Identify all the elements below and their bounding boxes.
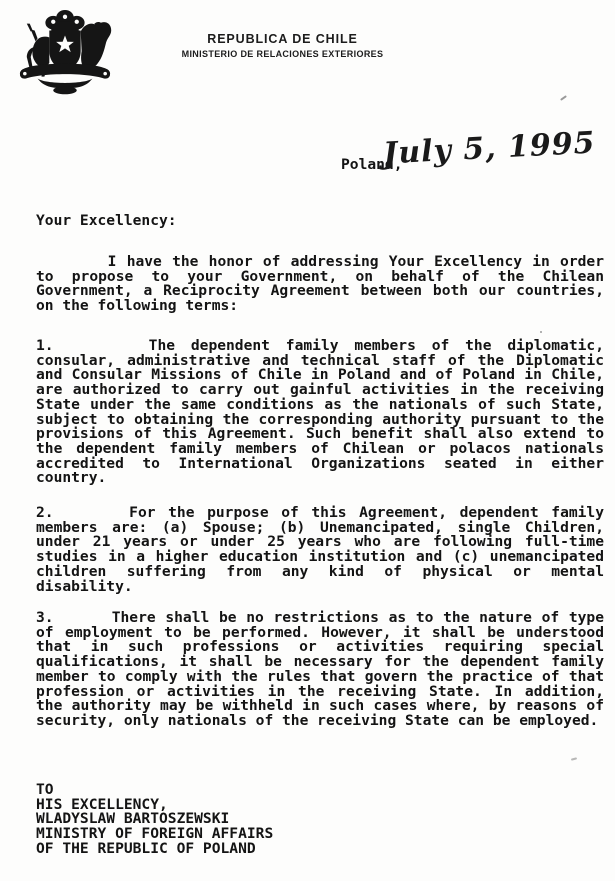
letter-line: disability.: [36, 580, 604, 595]
salutation: Your Excellency:: [36, 214, 177, 229]
letterhead-title: REPUBLICA DE CHILE: [160, 32, 405, 46]
paragraph-opening: I have the honor of addressing Your Exce…: [36, 255, 604, 314]
letterhead: REPUBLICA DE CHILE MINISTERIO DE RELACIO…: [160, 32, 405, 59]
handwritten-date: July 5, 1995: [382, 125, 596, 171]
scan-artifact: [560, 95, 567, 101]
paragraph-clause-3: 3. There shall be no restrictions as to …: [36, 611, 604, 729]
recipient-block: TO HIS EXCELLENCY, WLADYSLAW BARTOSZEWSK…: [36, 783, 273, 857]
letter-line: on the following terms:: [36, 299, 604, 314]
paragraph-clause-1: 1. The dependent family members of the d…: [36, 339, 604, 486]
letter-line: accredited to International Organization…: [36, 457, 604, 472]
letter-line: country.: [36, 471, 604, 486]
letter-line: security, only nationals of the receivin…: [36, 714, 604, 729]
scan-artifact: [540, 331, 542, 333]
recipient-line: OF THE REPUBLIC OF POLAND: [36, 842, 273, 857]
letter-page: REPUBLICA DE CHILE MINISTERIO DE RELACIO…: [0, 0, 615, 881]
scan-artifact: [571, 757, 577, 760]
chile-coat-of-arms-icon: [14, 8, 116, 106]
paragraph-clause-2: 2. For the purpose of this Agreement, de…: [36, 506, 604, 594]
letterhead-subtitle: MINISTERIO DE RELACIONES EXTERIORES: [160, 49, 405, 59]
